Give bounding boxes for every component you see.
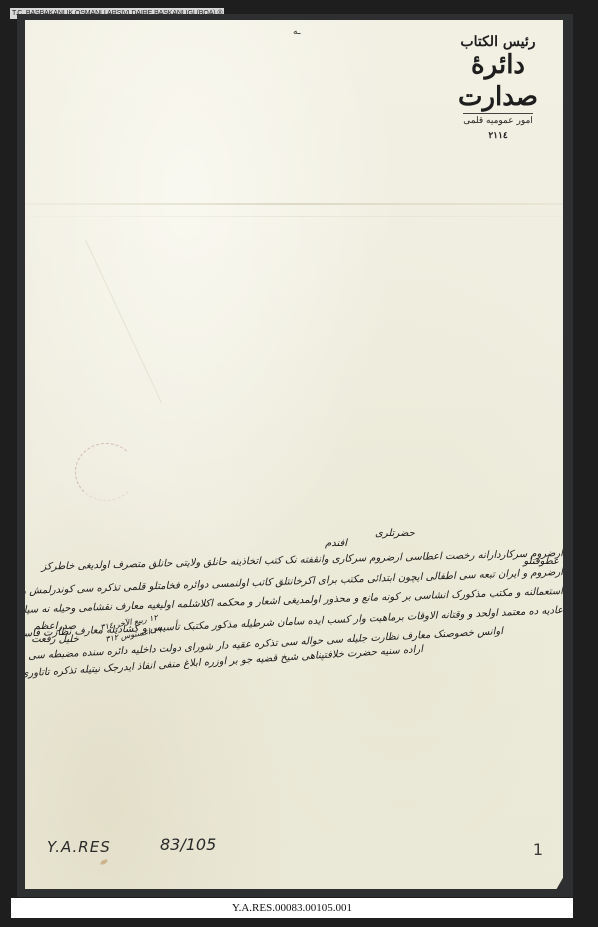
seal-stamp-icon <box>75 443 137 501</box>
paper-crease <box>85 240 162 404</box>
paper-fold-line-secondary <box>25 216 563 217</box>
catalog-number-annotation: 83/105 <box>160 835 216 854</box>
letterhead: رئيس الكتاب دائرهٔ صدارت امور عمومیه قلم… <box>453 35 543 144</box>
paper-stain <box>100 858 109 865</box>
letterhead-small-line: رئيس الكتاب <box>453 35 543 49</box>
paper-fold-line <box>25 203 563 205</box>
document-page: ـه رئيس الكتاب دائرهٔ صدارت امور عمومیه … <box>25 20 563 889</box>
signature-title: صدراعظم <box>30 620 80 633</box>
page-number: 1 <box>533 840 543 859</box>
salutation-honorific-2: حضرتلری <box>375 528 415 539</box>
signature-name: خليل رفعت <box>30 633 80 646</box>
letterhead-title: دائرهٔ صدارت <box>453 49 543 113</box>
catalog-fond-annotation: Y.A.RES <box>47 838 111 856</box>
reference-code-bar: Y.A.RES.00083.00105.001 <box>11 898 573 918</box>
signature-block: صدراعظم خليل رفعت <box>30 620 80 646</box>
document-number: ٢١١٤ <box>453 128 543 144</box>
salutation-honorific-1: افندم <box>325 538 347 549</box>
letterhead-subtitle: امور عمومیه قلمی <box>463 113 533 128</box>
top-mark: ـه <box>293 27 300 37</box>
